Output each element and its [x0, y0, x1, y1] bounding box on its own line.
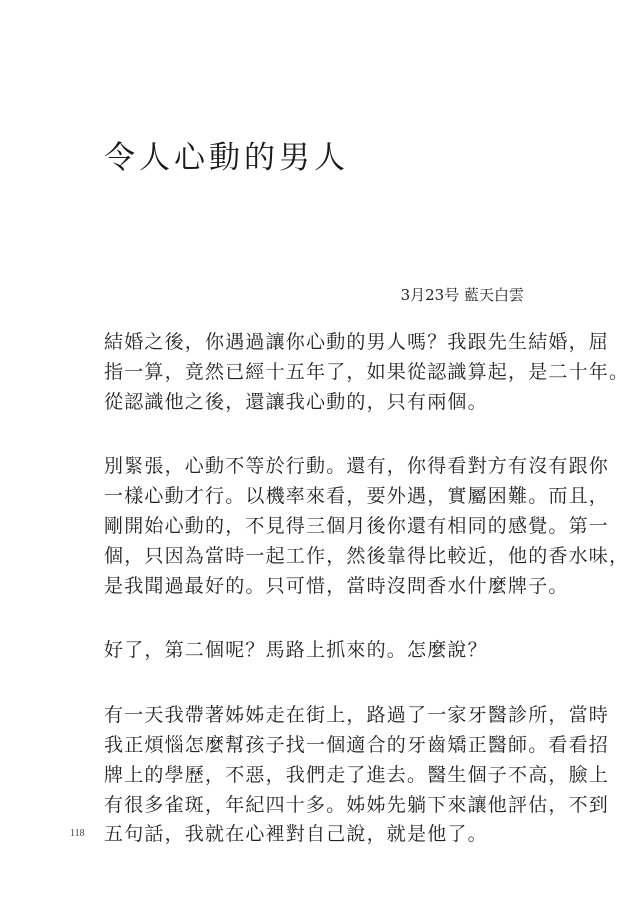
page-number: 118 [70, 828, 85, 839]
text-line: 從認識他之後，還讓我心動的，只有兩個。 [104, 388, 516, 418]
book-page: 令人心動的男人 3月23号 藍天白雲 結婚之後，你遇過讓你心動的男人嗎？我跟先生… [0, 0, 628, 900]
paragraph-1: 結婚之後，你遇過讓你心動的男人嗎？我跟先生結婚，屈 指一算，竟然已經十五年了，如… [104, 328, 516, 417]
text-line: 牌上的學歷，不惡，我們走了進去。醫生個子不高，臉上 [104, 761, 516, 791]
paragraph-2: 別緊張，心動不等於行動。還有，你得看對方有沒有跟你 一樣心動才行。以機率來看，要… [104, 452, 516, 601]
paragraph-3: 好了，第二個呢？馬路上抓來的。怎麼說？ [104, 636, 516, 666]
chapter-title: 令人心動的男人 [104, 138, 349, 178]
text-line: 五句話，我就在心裡對自己說，就是他了。 [104, 820, 516, 850]
paragraph-4: 有一天我帶著姊姊走在街上，路過了一家牙醫診所，當時 我正煩惱怎麼幫孩子找一個適合… [104, 701, 516, 850]
body-text: 結婚之後，你遇過讓你心動的男人嗎？我跟先生結婚，屈 指一算，竟然已經十五年了，如… [104, 328, 516, 885]
text-line: 一樣心動才行。以機率來看，要外遇，實屬困難。而且， [104, 482, 516, 512]
text-line: 指一算，竟然已經十五年了，如果從認識算起，是二十年。 [104, 358, 516, 388]
text-line: 好了，第二個呢？馬路上抓來的。怎麼說？ [104, 636, 516, 666]
text-line: 結婚之後，你遇過讓你心動的男人嗎？我跟先生結婚，屈 [104, 328, 516, 358]
text-line: 我正煩惱怎麼幫孩子找一個適合的牙齒矯正醫師。看看招 [104, 731, 516, 761]
text-line: 有一天我帶著姊姊走在街上，路過了一家牙醫診所，當時 [104, 701, 516, 731]
text-line: 別緊張，心動不等於行動。還有，你得看對方有沒有跟你 [104, 452, 516, 482]
text-line: 有很多雀斑，年紀四十多。姊姊先躺下來讓他評估，不到 [104, 791, 516, 821]
text-line: 個，只因為當時一起工作，然後靠得比較近，他的香水味， [104, 542, 516, 572]
text-line: 是我聞過最好的。只可惜，當時沒問香水什麼牌子。 [104, 572, 516, 602]
text-line: 剛開始心動的，不見得三個月後你還有相同的感覺。第一 [104, 512, 516, 542]
dateline: 3月23号 藍天白雲 [401, 285, 524, 305]
